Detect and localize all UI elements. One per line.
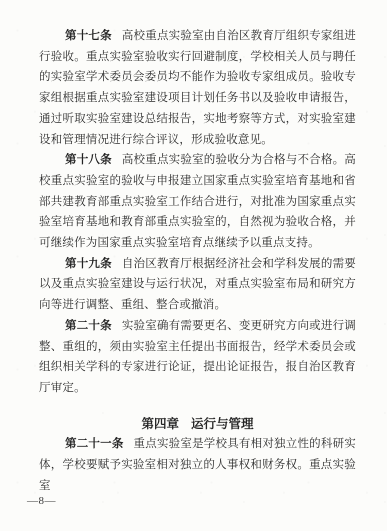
document-body: 第十七条高校重点实验室由自治区教育厅组织专家组进行验收。重点实验室验收实行回避制… bbox=[39, 26, 356, 496]
article-21-paragraph: 第二十一条重点实验室是学校具有相对独立性的科研实体，学校要赋予实验室相对独立的人… bbox=[39, 434, 356, 496]
article-20-paragraph: 第二十条实验室确有需要更名、变更研究方向或进行调整、重组的，须由实验室主任提出书… bbox=[39, 316, 356, 399]
article-17-number: 第十七条 bbox=[65, 30, 112, 42]
article-19-number: 第十九条 bbox=[65, 258, 112, 270]
article-17-paragraph: 第十七条高校重点实验室由自治区教育厅组织专家组进行验收。重点实验室验收实行回避制… bbox=[39, 26, 356, 150]
page-number: —8— bbox=[27, 494, 56, 508]
document-page: 第十七条高校重点实验室由自治区教育厅组织专家组进行验收。重点实验室验收实行回避制… bbox=[0, 0, 387, 531]
article-21-number: 第二十一条 bbox=[65, 438, 124, 450]
chapter-number: 第四章 bbox=[141, 417, 179, 431]
chapter-heading: 第四章运行与管理 bbox=[39, 414, 356, 435]
article-19-paragraph: 第十九条自治区教育厅根据经济社会和学科发展的需要以及重点实验室建设与运行状况，对… bbox=[39, 254, 356, 316]
chapter-title: 运行与管理 bbox=[191, 417, 254, 431]
article-20-number: 第二十条 bbox=[65, 320, 112, 332]
article-18-text: 高校重点实验室的验收分为合格与不合格。高校重点实验室的验收与申报建立国家重点实验… bbox=[39, 154, 356, 249]
article-18-number: 第十八条 bbox=[65, 154, 112, 166]
article-17-text: 高校重点实验室由自治区教育厅组织专家组进行验收。重点实验室验收实行回避制度，学校… bbox=[39, 30, 356, 146]
article-18-paragraph: 第十八条高校重点实验室的验收分为合格与不合格。高校重点实验室的验收与申报建立国家… bbox=[39, 150, 356, 254]
